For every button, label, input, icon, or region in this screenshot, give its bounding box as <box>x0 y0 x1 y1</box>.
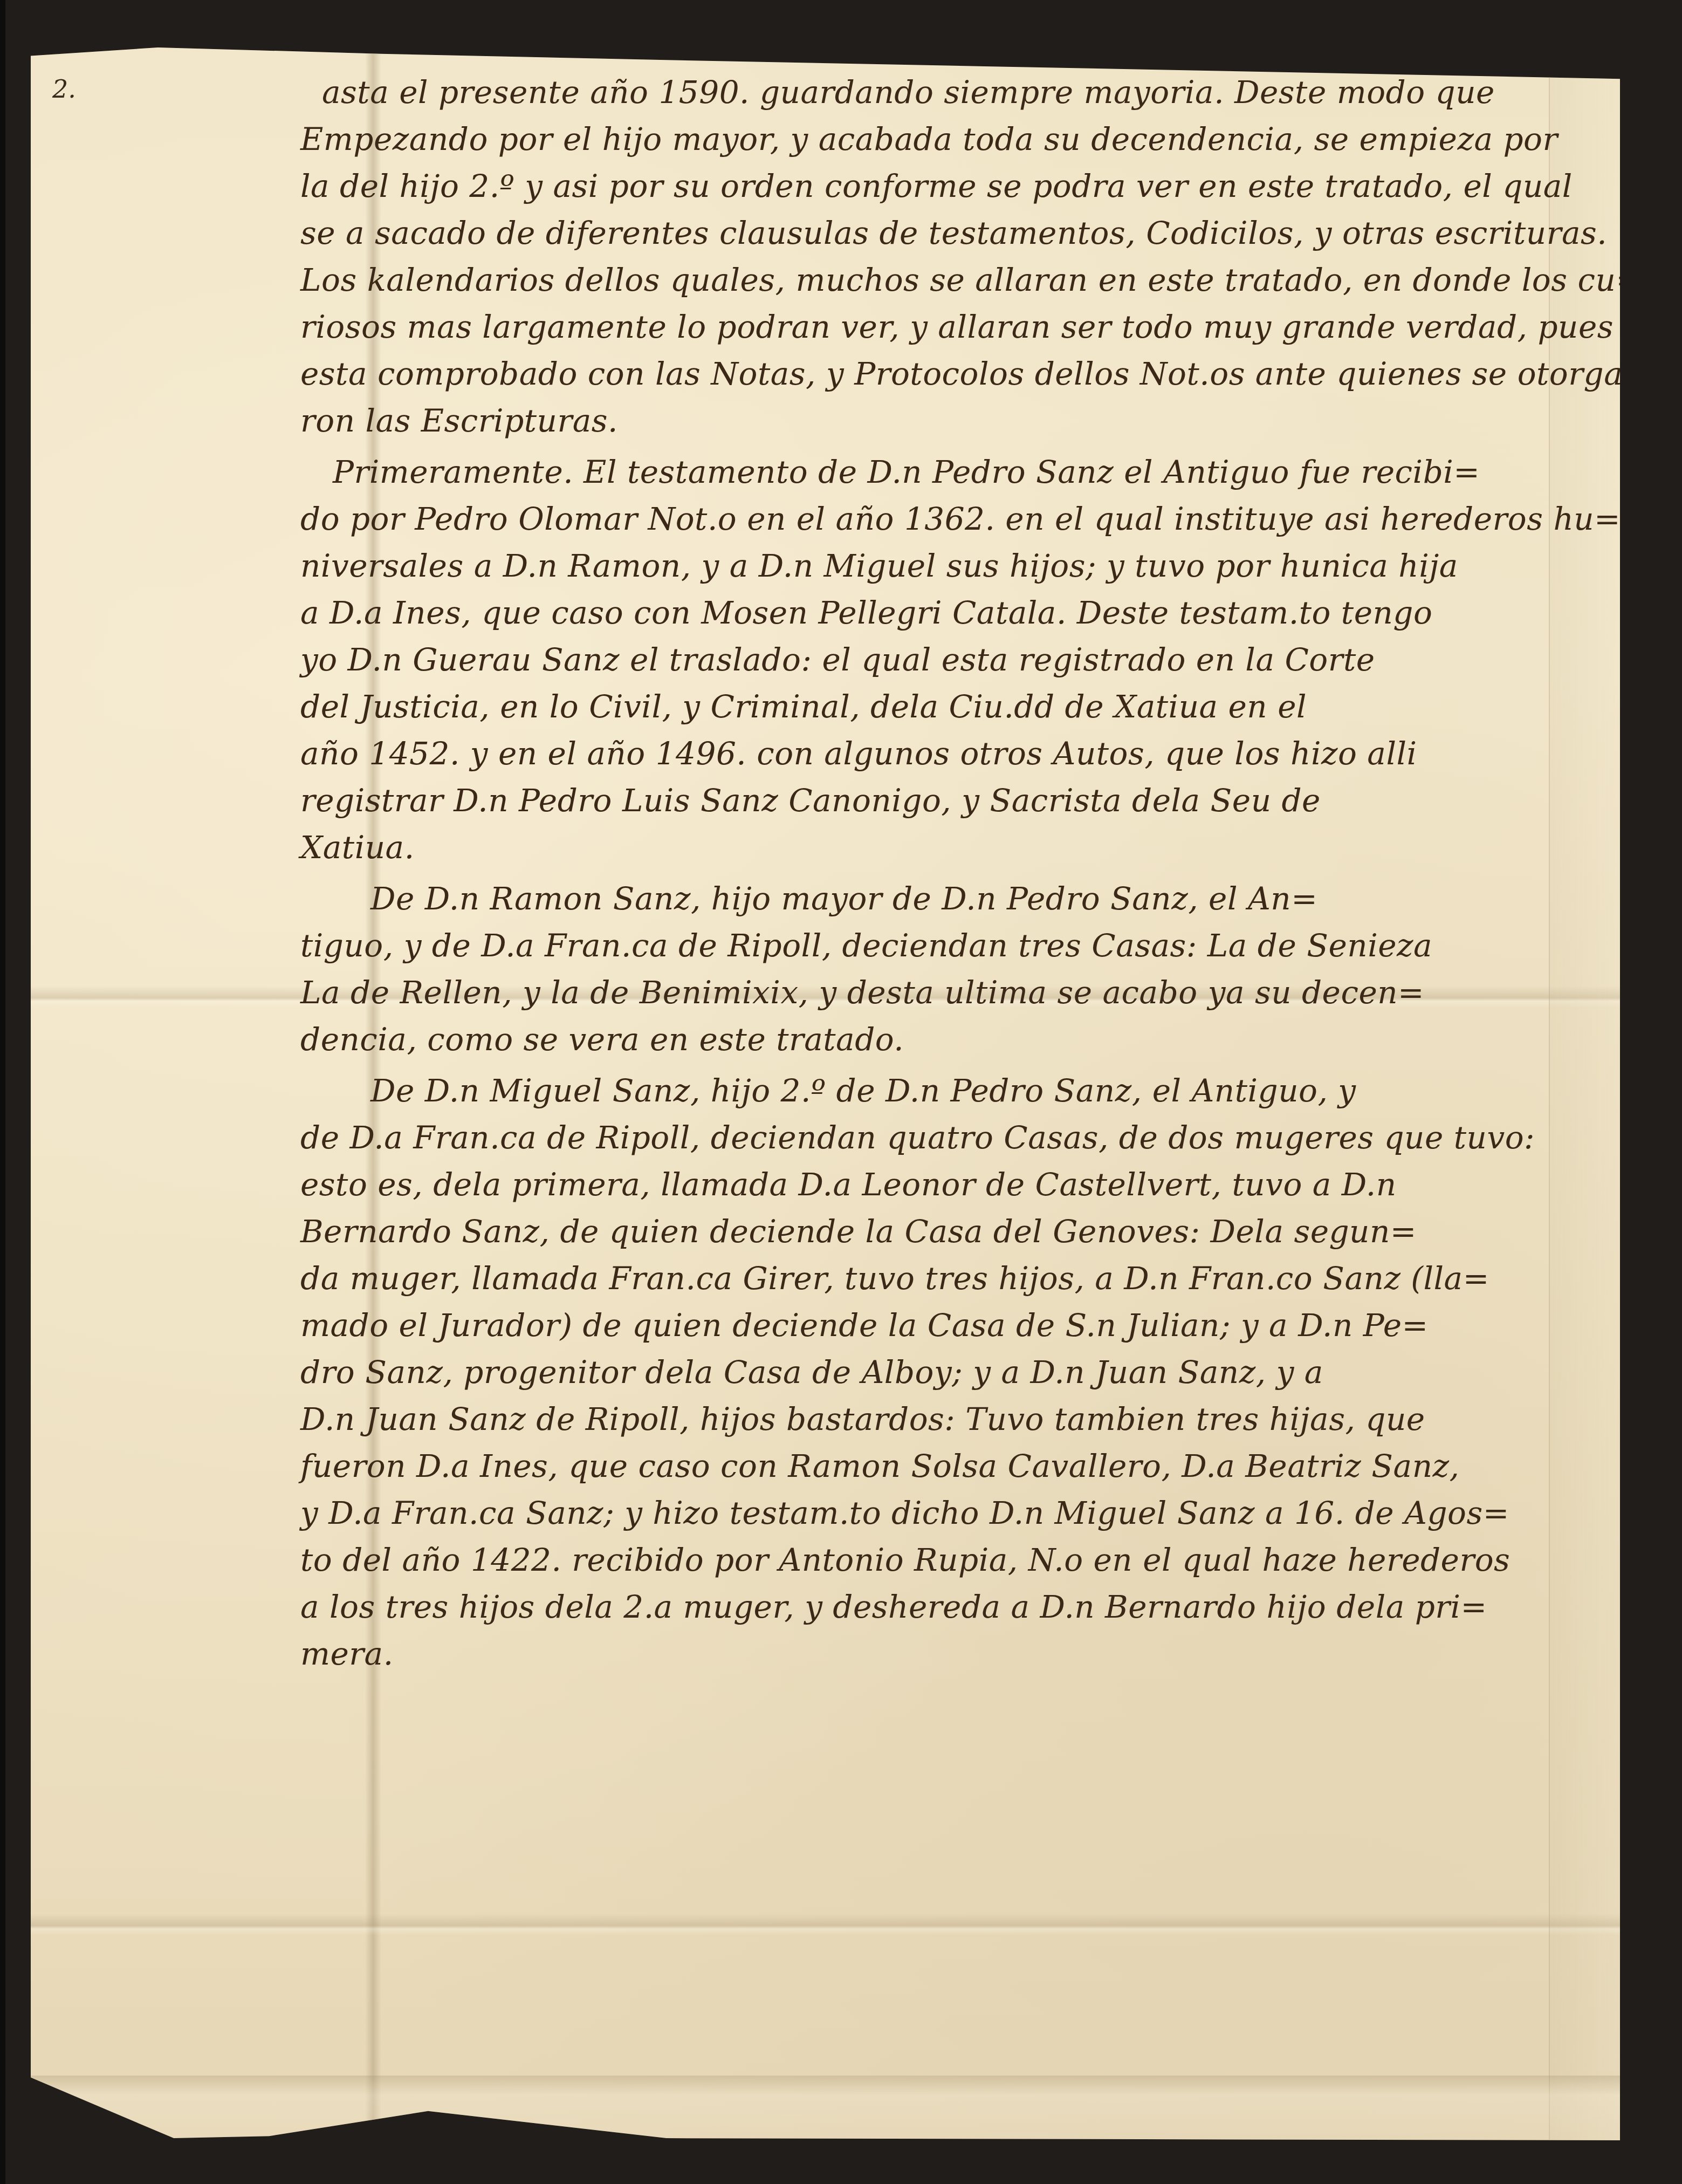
paragraph-primeramente: Primeramente. El testamento de D.n Pedro… <box>322 449 1400 871</box>
page-number: 2. <box>52 74 76 104</box>
text-line: mado el Jurador) de quien deciende la Ca… <box>300 1302 1400 1349</box>
text-line: tiguo, y de D.a Fran.ca de Ripoll, decie… <box>300 922 1400 969</box>
text-line: del Justicia, en lo Civil, y Criminal, d… <box>300 683 1400 730</box>
text-line: año 1452. y en el año 1496. con algunos … <box>300 730 1400 777</box>
text-line: da muger, llamada Fran.ca Girer, tuvo tr… <box>300 1255 1400 1302</box>
text-line: Xatiua. <box>300 824 1400 871</box>
folded-bottom-margin <box>31 2076 1620 2140</box>
text-line: do por Pedro Olomar Not.o en el año 1362… <box>300 496 1400 543</box>
text-line: a D.a Ines, que caso con Mosen Pellegri … <box>300 590 1400 636</box>
text-line: fueron D.a Ines, que caso con Ramon Sols… <box>300 1443 1400 1490</box>
text-line: De D.n Ramon Sanz, hijo mayor de D.n Ped… <box>322 875 1400 922</box>
scanner-edge <box>0 0 5 2184</box>
text-line: riosos mas largamente lo podran ver, y a… <box>300 304 1400 351</box>
manuscript-scan: 2. asta el presente año 1590. guardando … <box>0 0 1682 2184</box>
text-line: mera. <box>300 1631 1400 1678</box>
text-line: registrar D.n Pedro Luis Sanz Canonigo, … <box>300 777 1400 824</box>
text-line: yo D.n Guerau Sanz el traslado: el qual … <box>300 636 1400 683</box>
text-line: niversales a D.n Ramon, y a D.n Miguel s… <box>300 543 1400 590</box>
text-line: esto es, dela primera, llamada D.a Leono… <box>300 1161 1400 1208</box>
text-line: asta el presente año 1590. guardando sie… <box>322 69 1400 116</box>
text-line: la del hijo 2.º y asi por su orden confo… <box>300 163 1400 210</box>
text-line: De D.n Miguel Sanz, hijo 2.º de D.n Pedr… <box>322 1067 1400 1114</box>
manuscript-page: 2. asta el presente año 1590. guardando … <box>31 47 1620 2140</box>
text-line: Bernardo Sanz, de quien deciende la Casa… <box>300 1208 1400 1255</box>
text-line: y D.a Fran.ca Sanz; y hizo testam.to dic… <box>300 1490 1400 1537</box>
text-line: to del año 1422. recibido por Antonio Ru… <box>300 1537 1400 1584</box>
paragraph-miguel: De D.n Miguel Sanz, hijo 2.º de D.n Pedr… <box>322 1067 1400 1678</box>
text-line: ron las Escripturas. <box>300 398 1400 444</box>
text-line: Primeramente. El testamento de D.n Pedro… <box>322 449 1400 496</box>
paragraph-ramon: De D.n Ramon Sanz, hijo mayor de D.n Ped… <box>322 875 1400 1063</box>
text-line: D.n Juan Sanz de Ripoll, hijos bastardos… <box>300 1396 1400 1443</box>
text-line: a los tres hijos dela 2.a muger, y deshe… <box>300 1584 1400 1631</box>
manuscript-text: asta el presente año 1590. guardando sie… <box>322 69 1400 1678</box>
text-line: Los kalendarios dellos quales, muchos se… <box>300 257 1400 304</box>
text-line: La de Rellen, y la de Benimixix, y desta… <box>300 969 1400 1016</box>
text-line: de D.a Fran.ca de Ripoll, deciendan quat… <box>300 1114 1400 1161</box>
horizontal-fold-line-lower <box>31 1914 1620 1935</box>
text-line: se a sacado de diferentes clausulas de t… <box>300 210 1400 257</box>
text-line: dro Sanz, progenitor dela Casa de Alboy;… <box>300 1349 1400 1396</box>
text-line: Empezando por el hijo mayor, y acabada t… <box>300 116 1400 163</box>
text-line: esta comprobado con las Notas, y Protoco… <box>300 351 1400 398</box>
paragraph-intro: asta el presente año 1590. guardando sie… <box>322 69 1400 444</box>
text-line: dencia, como se vera en este tratado. <box>300 1016 1400 1063</box>
